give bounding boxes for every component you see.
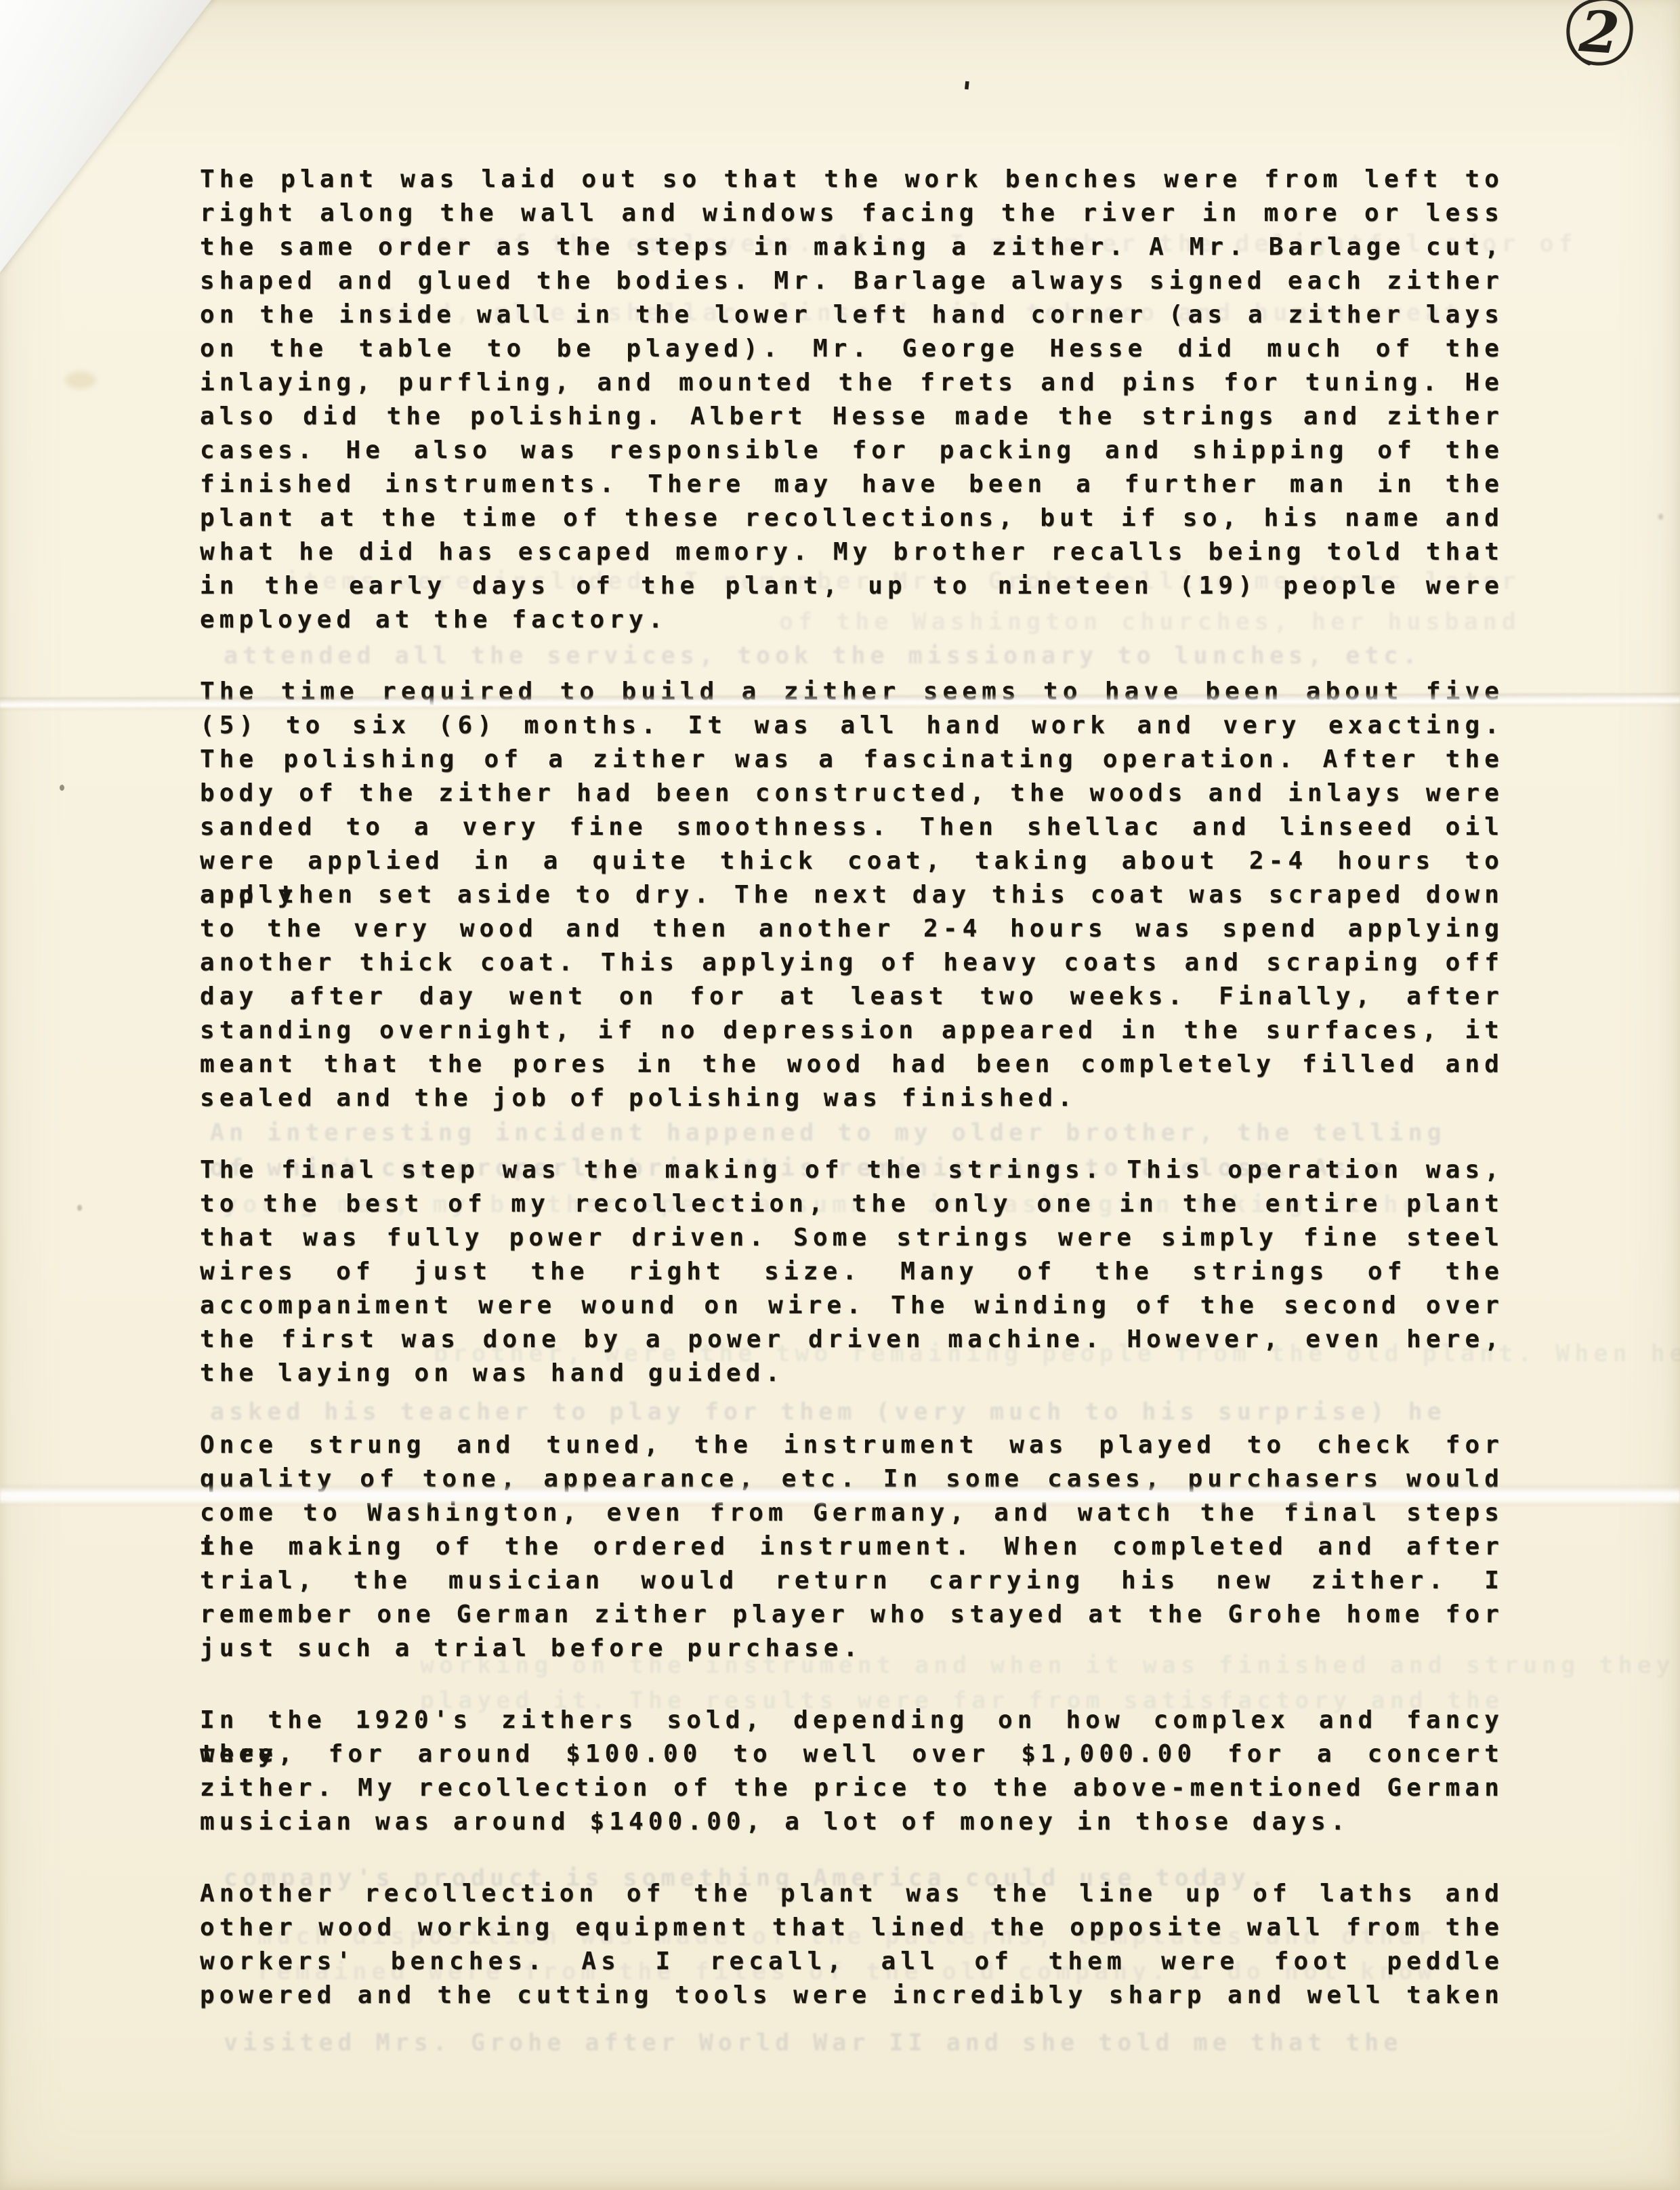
text-line: were applied in a quite thick coat, taki… [200,844,1504,878]
text-line: also did the polishing. Albert Hesse mad… [200,400,1504,434]
page-number: 2 [1578,0,1622,67]
text-line: right along the wall and windows facing … [200,197,1504,230]
text-line: meant that the pores in the wood had bee… [200,1048,1504,1081]
text-line: the first was done by a power driven mac… [200,1323,1504,1357]
page-number-badge: 2 [1559,0,1639,76]
text-line: trial, the musician would return carryin… [200,1564,1504,1598]
text-line: body of the zither had been constructed,… [200,777,1504,810]
scanned-page: cases of the employees. Also, I remember… [0,0,1680,2190]
text-line: employed at the factory. [200,603,1504,637]
text-line: day after day went on for at least two w… [200,980,1504,1014]
text-line: and then set aside to dry. The next day … [200,878,1504,912]
paragraph-string-making: The final step was the making of the str… [200,1153,1504,1390]
text-line: The final step was the making of the str… [200,1153,1504,1187]
paragraph-wood-equipment: Another recollection of the plant was th… [200,1877,1504,2012]
text-line: come to Washington, even from Germany, a… [200,1496,1504,1530]
text-line: were, for around $100.00 to well over $1… [200,1737,1504,1771]
text-line: sanded to a very fine smoothness. Then s… [200,810,1504,844]
paragraph-build-time: The time required to build a zither seem… [200,675,1504,1115]
text-line: quality of tone, appearance, etc. In som… [200,1462,1504,1496]
text-line: to the best of my recollection, the only… [200,1187,1504,1221]
text-line: wires of just the right size. Many of th… [200,1255,1504,1289]
text-line: powered and the cutting tools were incre… [200,1979,1504,2012]
text-line: another thick coat. This applying of hea… [200,946,1504,980]
text-line: accompaniment were wound on wire. The wi… [200,1289,1504,1323]
text-line: other wood working equipment that lined … [200,1911,1504,1945]
text-line: to the very wood and then another 2-4 ho… [200,912,1504,946]
text-line: Once strung and tuned, the instrument wa… [200,1428,1504,1462]
text-line: In the 1920's zithers sold, depending on… [200,1703,1504,1737]
text-line: plant at the time of these recollections… [200,501,1504,535]
paragraph-tuning-trial: Once strung and tuned, the instrument wa… [200,1428,1504,1666]
text-line: the same order as the steps in making a … [200,230,1504,264]
text-line: on the table to be played). Mr. George H… [200,332,1504,366]
text-line: The plant was laid out so that the work … [200,163,1504,197]
text-line: (5) to six (6) months. It was all hand w… [200,709,1504,743]
paragraph-prices: In the 1920's zithers sold, depending on… [200,1703,1504,1839]
text-line: remember one German zither player who st… [200,1598,1504,1632]
text-line: on the inside wall in the lower left han… [200,298,1504,332]
text-line: that was fully power driven. Some string… [200,1221,1504,1255]
text-line: standing overnight, if no depression app… [200,1014,1504,1048]
text-line: zither. My recollection of the price to … [200,1771,1504,1805]
typewritten-text: The plant was laid out so that the work … [200,163,1504,2050]
text-line: the laying on was hand guided. [200,1357,1504,1390]
text-line: cases. He also was responsible for packi… [200,434,1504,468]
text-line: Another recollection of the plant was th… [200,1877,1504,1911]
text-line: the making of the ordered instrument. Wh… [200,1530,1504,1564]
text-line: shaped and glued the bodies. Mr. Barlage… [200,264,1504,298]
text-line: The polishing of a zither was a fascinat… [200,743,1504,777]
text-line: workers' benches. As I recall, all of th… [200,1945,1504,1979]
text-line: in the early days of the plant, up to ni… [200,569,1504,603]
text-line: sealed and the job of polishing was fini… [200,1081,1504,1115]
text-line: inlaying, purfling, and mounted the fret… [200,366,1504,400]
text-line: just such a trial before purchase. [200,1632,1504,1666]
paragraph-plant-layout: The plant was laid out so that the work … [200,163,1504,637]
text-line: The time required to build a zither seem… [200,675,1504,709]
stray-typewriter-mark: ' [955,75,977,111]
text-line: finished instruments. There may have bee… [200,468,1504,501]
text-line: what he did has escaped memory. My broth… [200,535,1504,569]
text-line: musician was around $1400.00, a lot of m… [200,1805,1504,1839]
